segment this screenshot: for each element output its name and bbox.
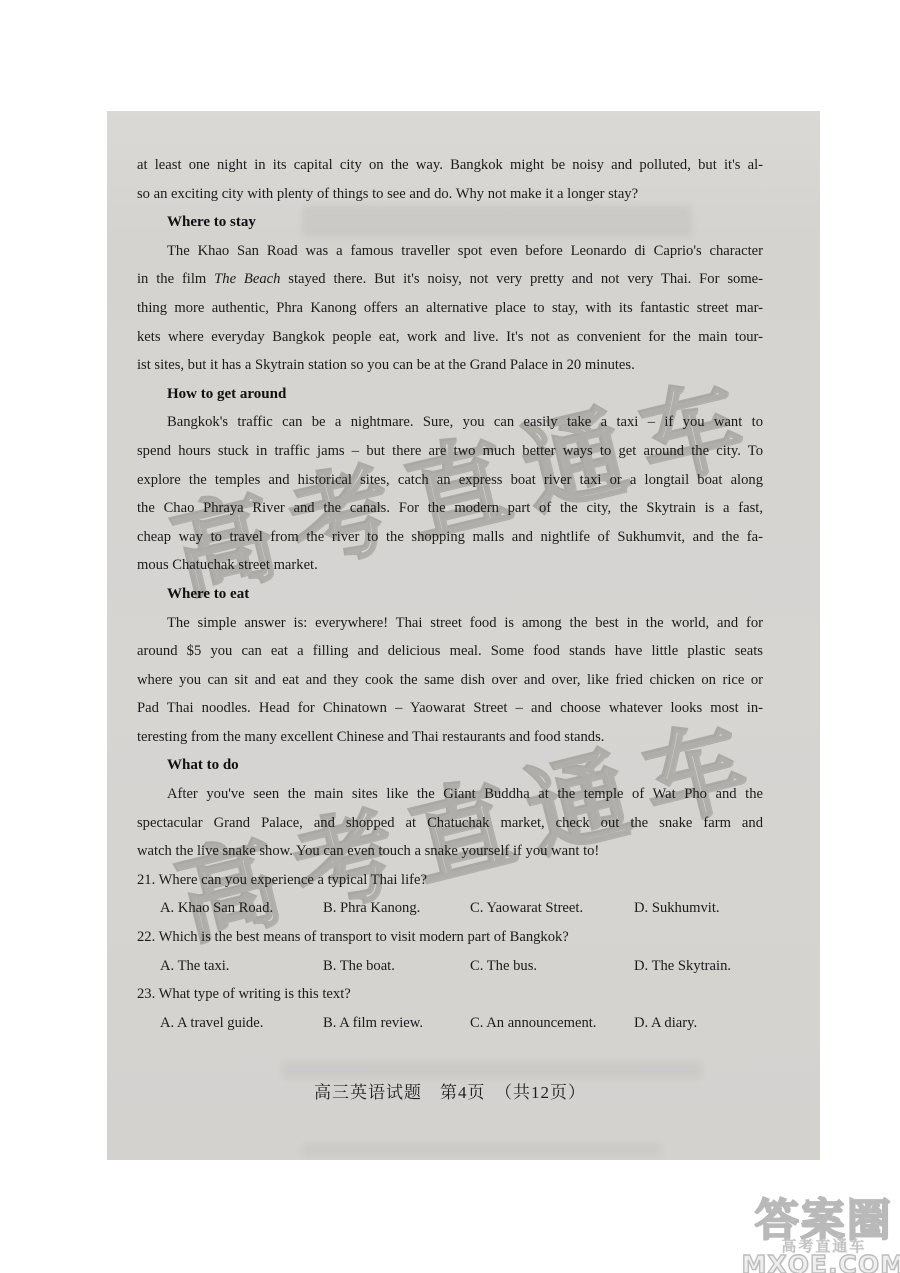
text-segment: spectacular Grand Palace, and shopped at… [137,815,763,831]
text-segment: The simple answer is: everywhere! Thai s… [167,615,763,631]
question-text: 23. What type of writing is this text? [137,980,763,1009]
text-line: mous Chatuchak street market. [137,551,763,580]
text-line: spectacular Grand Palace, and shopped at… [137,809,763,838]
answer-option: D. A diary. [634,1009,763,1038]
text-segment: The Khao San Road was a famous traveller… [167,243,763,259]
answer-option: A. Khao San Road. [160,894,323,923]
text-segment: After you've seen the main sites like th… [167,786,763,802]
text-line: at least one night in its capital city o… [137,151,763,180]
question-text: 21. Where can you experience a typical T… [137,866,763,895]
text-segment: the Chao Phraya River and the canals. Fo… [137,500,763,516]
text-segment: stayed there. But it's noisy, not very p… [280,271,763,287]
answer-option: C. The bus. [470,952,634,981]
text-line: After you've seen the main sites like th… [137,780,763,809]
text-segment: where you can sit and eat and they cook … [137,672,763,688]
passage-and-questions: at least one night in its capital city o… [137,151,763,1037]
text-segment: in the film [137,271,214,287]
text-line: cheap way to travel from the river to th… [137,523,763,552]
answer-option: A. The taxi. [160,952,323,981]
text-line: so an exciting city with plenty of thing… [137,180,763,209]
text-segment: mous Chatuchak street market. [137,557,318,573]
answer-option: A. A travel guide. [160,1009,323,1038]
answer-option: C. An announcement. [470,1009,634,1038]
text-line: in the film The Beach stayed there. But … [137,265,763,294]
text-segment: Bangkok's traffic can be a nightmare. Su… [167,414,763,430]
section-heading: Where to eat [167,580,763,609]
text-line: teresting from the many excellent Chines… [137,723,763,752]
italic-text: The Beach [214,271,280,287]
answer-option: B. Phra Kanong. [323,894,470,923]
text-segment: spend hours stuck in traffic jams – but … [137,443,763,459]
section-heading: How to get around [167,380,763,409]
section-heading: Where to stay [167,208,763,237]
text-segment: around $5 you can eat a filling and deli… [137,643,763,659]
text-segment: ist sites, but it has a Skytrain station… [137,357,635,373]
bleed-through-smudge [282,1061,702,1079]
text-line: ist sites, but it has a Skytrain station… [137,351,763,380]
section-heading: What to do [167,751,763,780]
answer-option: D. The Skytrain. [634,952,763,981]
text-line: Pad Thai noodles. Head for Chinatown – Y… [137,694,763,723]
text-segment: so an exciting city with plenty of thing… [137,186,638,202]
watermark-subtitle: 高考直通车 [742,1239,900,1254]
answer-option: C. Yaowarat Street. [470,894,634,923]
page-footer: 高三英语试题 第4页 （共12页） [137,1078,763,1103]
text-segment: thing more authentic, Phra Kanong offers… [137,300,763,316]
text-line: explore the temples and historical sites… [137,466,763,495]
text-line: where you can sit and eat and they cook … [137,666,763,695]
text-segment: Pad Thai noodles. Head for Chinatown – Y… [137,700,763,716]
bleed-through-smudge [302,1143,662,1157]
answer-option: B. The boat. [323,952,470,981]
text-line: watch the live snake show. You can even … [137,837,763,866]
options-row: A. The taxi.B. The boat.C. The bus.D. Th… [160,952,763,981]
text-segment: at least one night in its capital city o… [137,157,763,173]
text-line: thing more authentic, Phra Kanong offers… [137,294,763,323]
answer-option: D. Sukhumvit. [634,894,763,923]
text-line: spend hours stuck in traffic jams – but … [137,437,763,466]
text-segment: explore the temples and historical sites… [137,472,763,488]
answer-option: B. A film review. [323,1009,470,1038]
options-row: A. Khao San Road.B. Phra Kanong.C. Yaowa… [160,894,763,923]
text-segment: cheap way to travel from the river to th… [137,529,763,545]
text-line: Bangkok's traffic can be a nightmare. Su… [137,408,763,437]
text-segment: teresting from the many excellent Chines… [137,729,604,745]
text-segment: kets where everyday Bangkok people eat, … [137,329,763,345]
scanned-exam-page: 高考直通车 高考直通车 at least one night in its ca… [107,111,820,1160]
watermark-site-url: MXQE.COM [742,1252,900,1273]
answer-circle-logo: 答案圈 [742,1199,900,1243]
options-row: A. A travel guide.B. A film review.C. An… [160,1009,763,1038]
text-segment: watch the live snake show. You can even … [137,843,599,859]
site-watermark: 答案圈 高考直通车 MXQE.COM [742,1199,900,1273]
text-line: kets where everyday Bangkok people eat, … [137,323,763,352]
question-text: 22. Which is the best means of transport… [137,923,763,952]
text-line: the Chao Phraya River and the canals. Fo… [137,494,763,523]
text-line: around $5 you can eat a filling and deli… [137,637,763,666]
text-line: The simple answer is: everywhere! Thai s… [137,609,763,638]
text-line: The Khao San Road was a famous traveller… [137,237,763,266]
